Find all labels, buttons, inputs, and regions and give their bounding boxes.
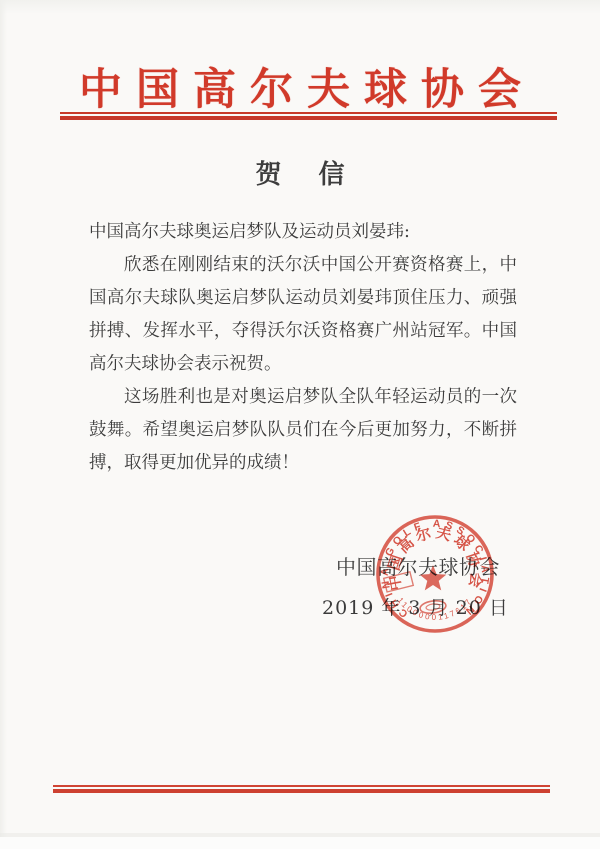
body-paragraph-1: 欣悉在刚刚结束的沃尔沃中国公开赛资格赛上，中国高尔夫球队奥运启梦队运动员刘晏玮顶…	[89, 249, 517, 381]
letter-title: 贺 信	[0, 154, 600, 191]
salutation-line: 中国高尔夫球奥运启梦队及运动员刘晏玮:	[89, 216, 517, 249]
footer-divider-thick-line	[53, 789, 550, 793]
star-icon	[420, 565, 447, 590]
seal-squiggle-inner-mark	[426, 603, 441, 611]
official-seal: CHINA GOLF ASSOCIATION 中国高尔夫球协会 11000001…	[365, 504, 505, 644]
seal-serial-number: 1100000117617	[396, 596, 475, 622]
letterhead-divider-thick-line	[60, 116, 557, 120]
scan-edge-top	[0, 0, 600, 14]
letter-title-char-1: 贺	[255, 154, 281, 191]
letter-title-char-2: 信	[319, 154, 345, 191]
scanned-letter-page: 中国高尔夫球协会 贺 信 中国高尔夫球奥运启梦队及运动员刘晏玮: 欣悉在刚刚结束…	[0, 0, 600, 849]
scan-edge-left	[0, 0, 7, 849]
letterhead-org-name: 中国高尔夫球协会	[0, 56, 600, 117]
body-paragraph-2: 这场胜利也是对奥运启梦队全队年轻运动员的一次鼓舞。希望奥运启梦队队员们在今后更加…	[89, 381, 517, 480]
letterhead-divider	[60, 112, 557, 120]
footer-divider	[53, 785, 550, 793]
scan-edge-foot	[0, 837, 600, 849]
letter-body: 中国高尔夫球奥运启梦队及运动员刘晏玮: 欣悉在刚刚结束的沃尔沃中国公开赛资格赛上…	[89, 216, 517, 480]
